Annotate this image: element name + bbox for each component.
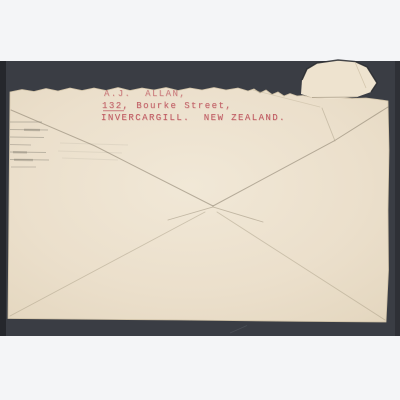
- photo-stage: A.J. ALLAN, 132, Bourke Street, INVERCAR…: [0, 0, 400, 400]
- cover-photo: [0, 0, 400, 400]
- backdrop-left-shadow: [0, 61, 6, 336]
- ink-underline-mark: [103, 110, 124, 111]
- backdrop-right-shadow: [395, 61, 400, 336]
- torn-flap-fragment: [301, 60, 377, 99]
